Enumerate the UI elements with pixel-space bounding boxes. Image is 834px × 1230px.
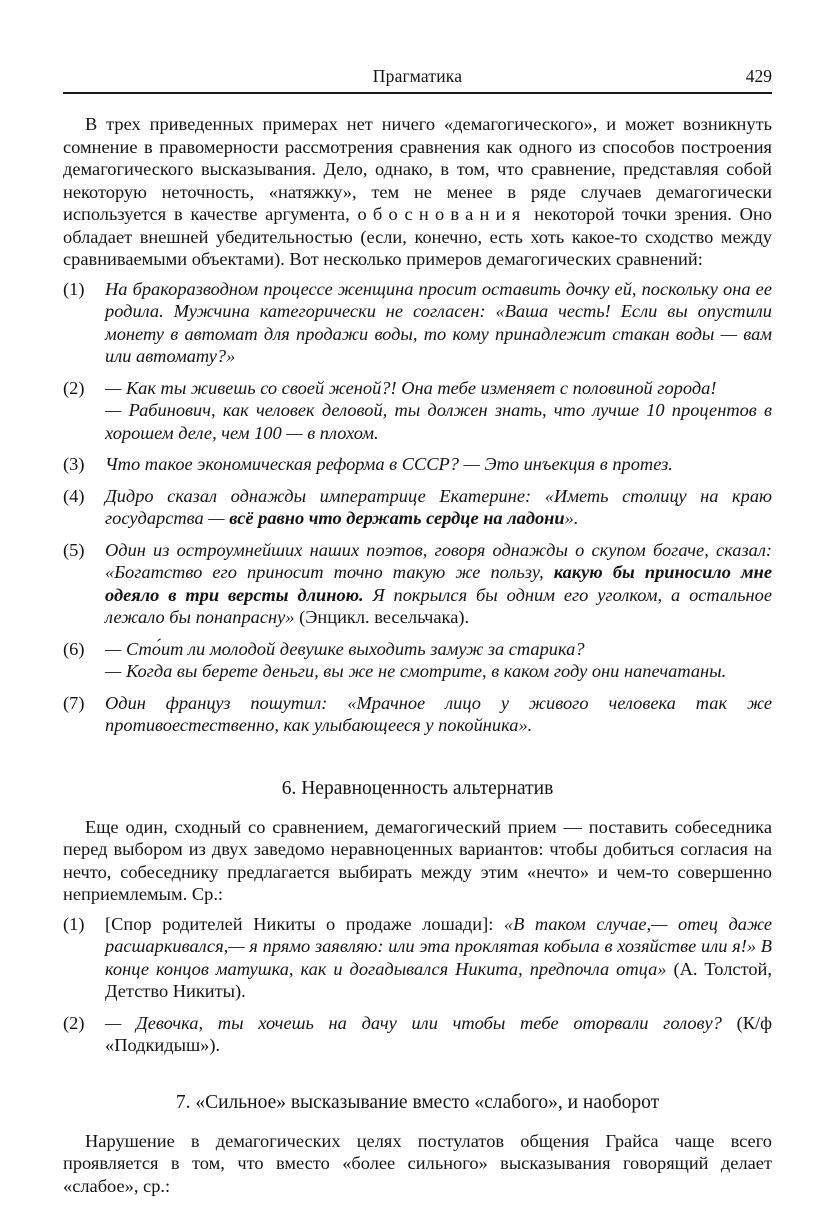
text-run: — Когда вы берете деньги, вы же не смотр… <box>105 661 726 681</box>
text-line-group: На бракоразводном процессе женщина проси… <box>105 278 772 368</box>
paragraph: В трех приведенных примерах нет ничего «… <box>63 113 772 271</box>
list-item-body: На бракоразводном процессе женщина проси… <box>105 278 772 368</box>
text-run: Один француз пошутил: «Мрачное лицо у жи… <box>105 693 772 736</box>
text-line-group: — Девочка, ты хочешь на дачу или чтобы т… <box>105 1012 772 1057</box>
text-line-group: — Сто́ит ли молодой девушке выходить зам… <box>105 638 772 661</box>
book-page: Прагматика 429 В трех приведенных пример… <box>0 0 834 1230</box>
text-line-group: — Как ты живешь со своей женой?! Она теб… <box>105 377 772 400</box>
list-marker: (2) <box>63 377 105 445</box>
list-item: (4)Дидро сказал однажды императрице Екат… <box>63 485 772 530</box>
paragraph: Еще один, сходный со сравнением, демагог… <box>63 816 772 906</box>
text-run: (Энцикл. весельчака). <box>295 607 470 627</box>
text-run: На бракоразводном процессе женщина проси… <box>105 279 772 367</box>
text-line-group: — Рабинович, как человек деловой, ты дол… <box>105 399 772 444</box>
text-run: ». <box>565 508 579 528</box>
section-heading: 7. «Сильное» высказывание вместо «слабог… <box>63 1091 772 1115</box>
list-marker: (6) <box>63 638 105 683</box>
list-item: (1)[Спор родителей Никиты о продаже лоша… <box>63 913 772 1003</box>
text-run: — Девочка, ты хочешь на дачу или чтобы т… <box>105 1013 722 1033</box>
section-heading: 6. Неравноценность альтернатив <box>63 777 772 801</box>
list-marker: (2) <box>63 1012 105 1057</box>
list-item-body: [Спор родителей Никиты о продаже лошади]… <box>105 913 772 1003</box>
text-line-group: — Когда вы берете деньги, вы же не смотр… <box>105 660 772 683</box>
list-item: (6)— Сто́ит ли молодой девушке выходить … <box>63 638 772 683</box>
text-line-group: Нарушение в демагогических целях постула… <box>63 1130 772 1198</box>
text-run: — Рабинович, как человек деловой, ты дол… <box>105 400 772 443</box>
text-line-group: В трех приведенных примерах нет ничего «… <box>63 113 772 271</box>
paragraph: Нарушение в демагогических целях постула… <box>63 1130 772 1198</box>
text-line-group: Дидро сказал однажды императрице Екатери… <box>105 485 772 530</box>
text-run: Еще один, сходный со сравнением, демагог… <box>63 817 772 905</box>
text-line-group: Один француз пошутил: «Мрачное лицо у жи… <box>105 692 772 737</box>
text-line-group: Один из остроумнейших наших поэтов, гово… <box>105 539 772 629</box>
list-item-body: — Сто́ит ли молодой девушке выходить зам… <box>105 638 772 683</box>
list-marker: (4) <box>63 485 105 530</box>
running-title: Прагматика <box>373 66 462 87</box>
text-line-group: Еще один, сходный со сравнением, демагог… <box>63 816 772 906</box>
text-line-group: Что такое экономическая реформа в СССР? … <box>105 453 772 476</box>
list-item: (7)Один француз пошутил: «Мрачное лицо у… <box>63 692 772 737</box>
list-marker: (3) <box>63 453 105 476</box>
text-run: обоснования <box>357 204 526 224</box>
text-run: Что такое экономическая реформа в СССР? … <box>105 454 673 474</box>
list-item-body: — Девочка, ты хочешь на дачу или чтобы т… <box>105 1012 772 1057</box>
list-marker: (5) <box>63 539 105 629</box>
text-line-group: [Спор родителей Никиты о продаже лошади]… <box>105 913 772 1003</box>
list-item: (5)Один из остроумнейших наших поэтов, г… <box>63 539 772 629</box>
text-run: всё равно что держать сердце на ладони <box>229 508 564 528</box>
text-run: — Как ты живешь со своей женой?! Она теб… <box>105 378 716 398</box>
list-item-body: Один француз пошутил: «Мрачное лицо у жи… <box>105 692 772 737</box>
list-marker: (1) <box>63 278 105 368</box>
list-item-body: — Как ты живешь со своей женой?! Она теб… <box>105 377 772 445</box>
text-run: Нарушение в демагогических целях постула… <box>63 1131 772 1196</box>
document-content: В трех приведенных примерах нет ничего «… <box>63 113 772 1197</box>
list-marker: (7) <box>63 692 105 737</box>
list-item: (2)— Девочка, ты хочешь на дачу или чтоб… <box>63 1012 772 1057</box>
list-item-body: Что такое экономическая реформа в СССР? … <box>105 453 772 476</box>
text-run: [Спор родителей Никиты о продаже лошади]… <box>105 914 504 934</box>
list-item-body: Дидро сказал однажды императрице Екатери… <box>105 485 772 530</box>
list-marker: (1) <box>63 913 105 1003</box>
list-item-body: Один из остроумнейших наших поэтов, гово… <box>105 539 772 629</box>
list-item: (1)На бракоразводном процессе женщина пр… <box>63 278 772 368</box>
page-number: 429 <box>746 66 772 87</box>
list-item: (3)Что такое экономическая реформа в ССС… <box>63 453 772 476</box>
text-run: — Сто́ит ли молодой девушке выходить зам… <box>105 639 585 659</box>
page-header: Прагматика 429 <box>63 62 772 94</box>
list-item: (2)— Как ты живешь со своей женой?! Она … <box>63 377 772 445</box>
